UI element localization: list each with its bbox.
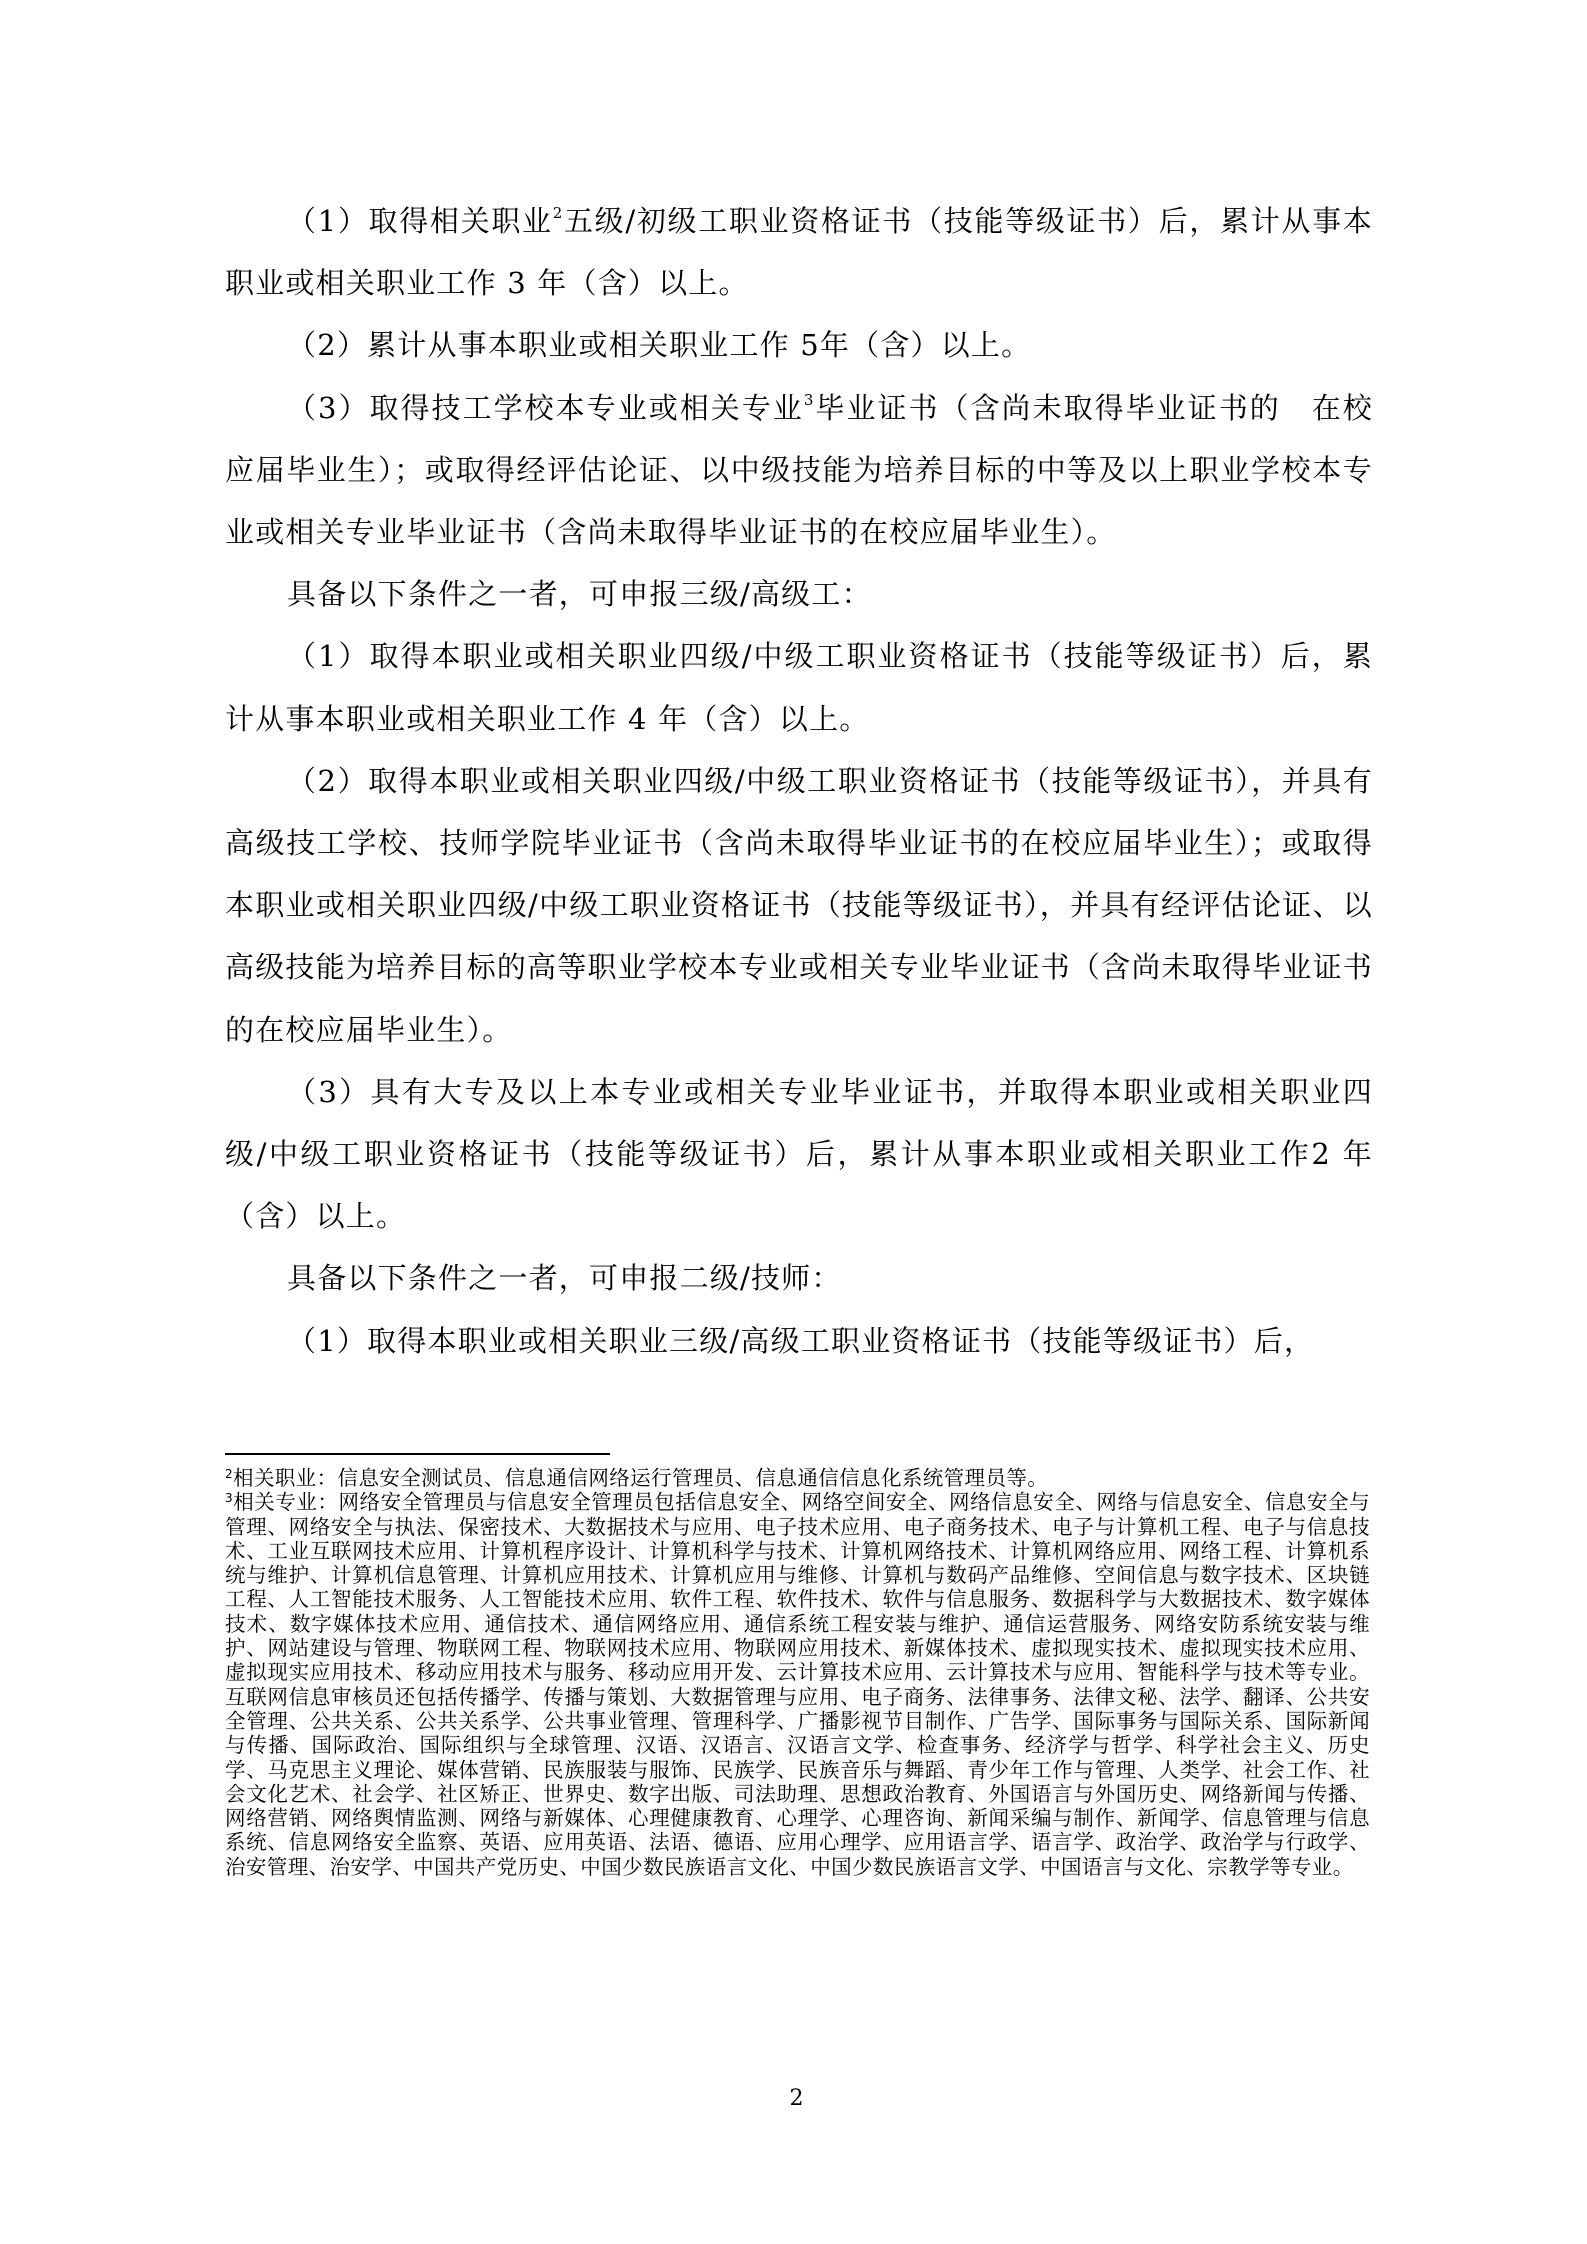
paragraph-senior-cond-3: （3）具有大专及以上本专业或相关专业毕业证书，并取得本职业或相关职业四级/中级工… <box>225 1061 1373 1248</box>
paragraph-senior-cond-1: （1）取得本职业或相关职业四级/中级工职业资格证书（技能等级证书）后，累计从事本… <box>225 625 1373 749</box>
paragraph-primary-cond-3: （3）取得技工学校本专业或相关专业3毕业证书（含尚未取得毕业证书的 在校应届毕业… <box>225 377 1373 564</box>
paragraph-technician-cond-1: （1）取得本职业或相关职业三级/高级工职业资格证书（技能等级证书）后， <box>225 1310 1373 1372</box>
paragraph-primary-cond-2: （2）累计从事本职业或相关职业工作 5年（含）以上。 <box>225 314 1373 376</box>
footnote-ref-3[interactable]: 3 <box>804 391 815 409</box>
footnotes: 2相关职业：信息安全测试员、信息通信网络运行管理员、信息通信信息化系统管理员等。… <box>225 1466 1370 1879</box>
footnote-3: 3相关专业：网络安全管理员与信息安全管理员包括信息安全、网络空间安全、网络信息安… <box>225 1490 1370 1879</box>
page-number: 2 <box>0 2086 1587 2111</box>
paragraph-senior-cond-2: （2）取得本职业或相关职业四级/中级工职业资格证书（技能等级证书），并具有高级技… <box>225 750 1373 1061</box>
heading-level-2-technician: 具备以下条件之一者，可申报二级/技师： <box>225 1247 1373 1309</box>
document-page: （1）取得相关职业2五级/初级工职业资格证书（技能等级证书）后，累计从事本职业或… <box>0 0 1587 2244</box>
footnote-mark-2: 2 <box>225 1467 233 1481</box>
body-text: （1）取得相关职业2五级/初级工职业资格证书（技能等级证书）后，累计从事本职业或… <box>225 190 1373 1372</box>
footnote-2: 2相关职业：信息安全测试员、信息通信网络运行管理员、信息通信信息化系统管理员等。 <box>225 1466 1370 1490</box>
paragraph-primary-cond-1: （1）取得相关职业2五级/初级工职业资格证书（技能等级证书）后，累计从事本职业或… <box>225 190 1373 314</box>
footnote-ref-2[interactable]: 2 <box>553 204 564 222</box>
heading-level-3-senior: 具备以下条件之一者，可申报三级/高级工： <box>225 563 1373 625</box>
footnote-mark-3: 3 <box>225 1491 233 1505</box>
footnote-separator <box>225 1453 610 1455</box>
